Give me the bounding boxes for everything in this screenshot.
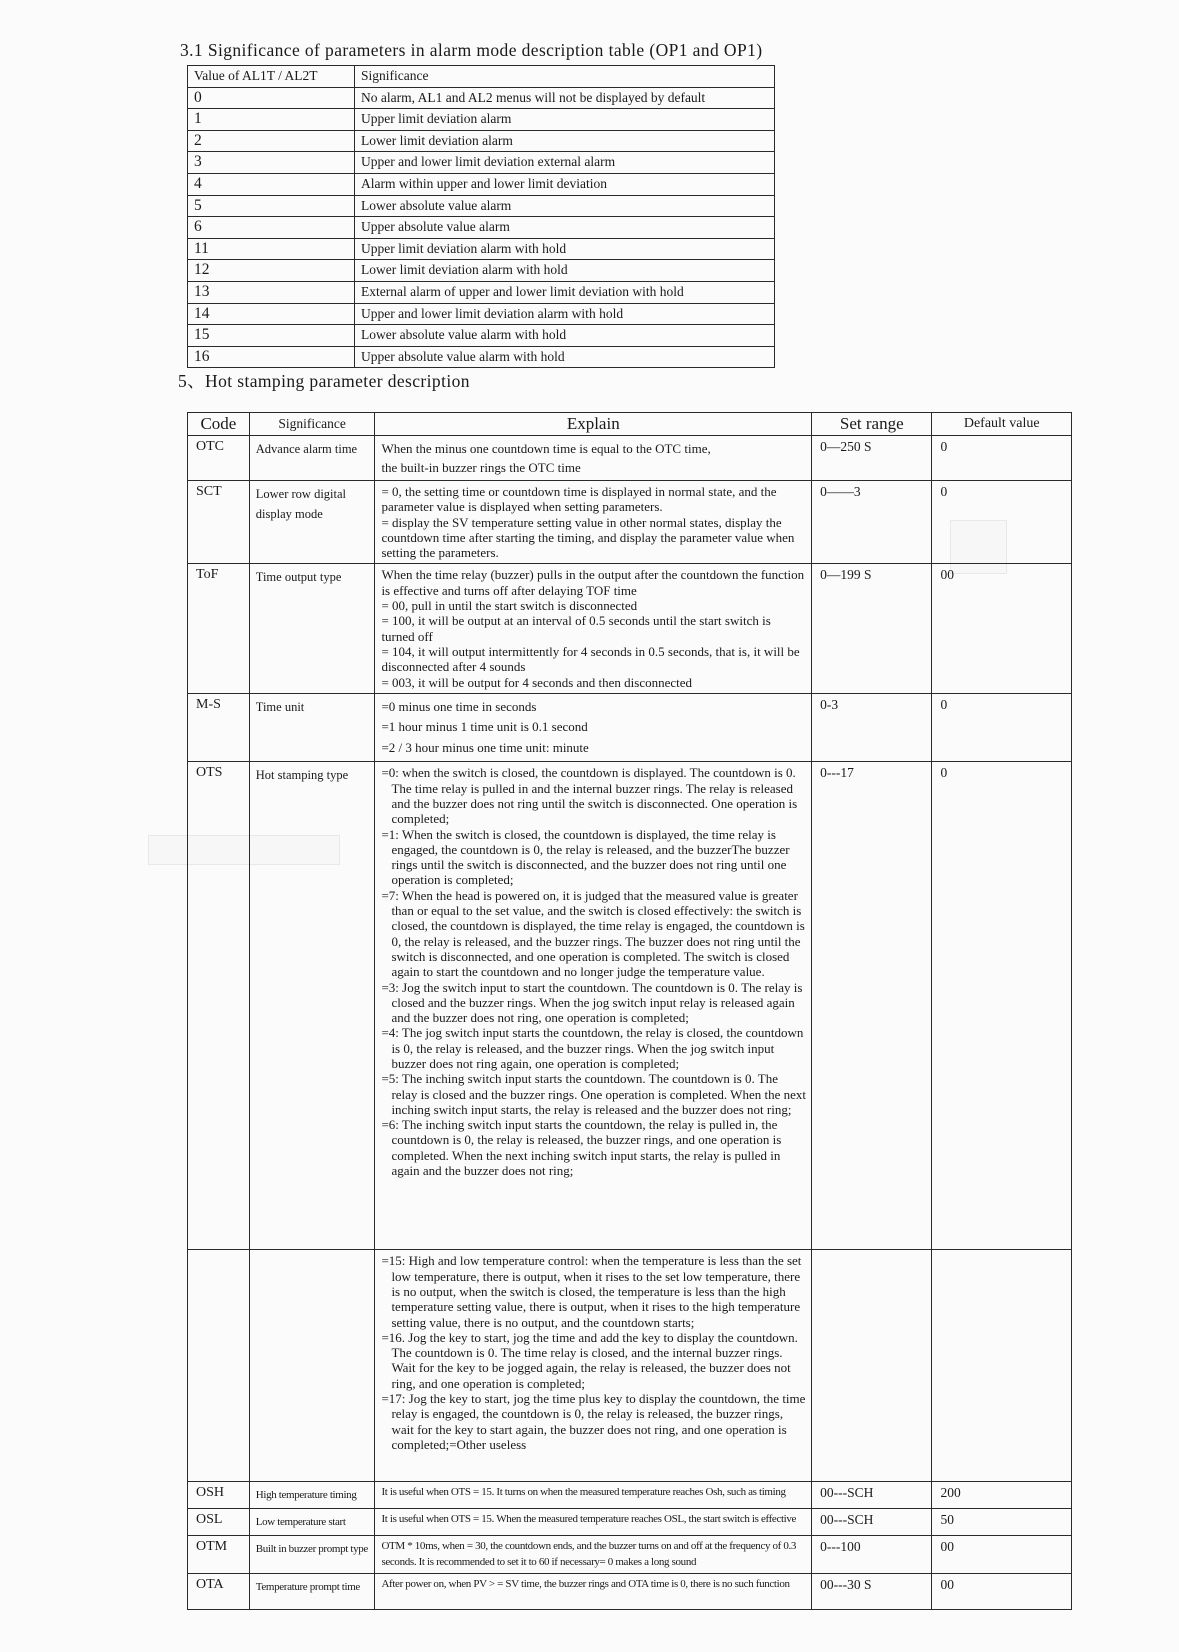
param-significance: Lower row digital display mode — [249, 481, 375, 564]
explain-line: OTM * 10ms, when = 30, the countdown end… — [381, 1539, 806, 1570]
param-significance — [249, 1250, 375, 1482]
table-row: SCTLower row digital display mode= 0, th… — [188, 481, 1072, 564]
param-set-range: 0---17 — [812, 762, 932, 1250]
param-significance: Advance alarm time — [249, 436, 375, 481]
explain-line: =3: Jog the switch input to start the co… — [381, 980, 806, 1026]
param-set-range: 0——3 — [812, 481, 932, 564]
table-row: OTCAdvance alarm timeWhen the minus one … — [188, 436, 1072, 481]
param-default-value: 50 — [932, 1509, 1072, 1536]
explain-line: It is useful when OTS = 15. It turns on … — [381, 1485, 806, 1500]
param-significance: Time unit — [249, 693, 375, 762]
alarm-significance: Lower absolute value alarm with hold — [355, 325, 775, 347]
table-row: 0No alarm, AL1 and AL2 menus will not be… — [188, 87, 775, 109]
explain-line: =2 / 3 hour minus one time unit: minute — [381, 738, 806, 759]
param-significance: Built in buzzer prompt type — [249, 1536, 375, 1574]
param-explain: = 0, the setting time or countdown time … — [375, 481, 812, 564]
alarm-value: 6 — [188, 217, 355, 239]
table-row: OSHHigh temperature timingIt is useful w… — [188, 1482, 1072, 1509]
alarm-value: 5 — [188, 195, 355, 217]
alarm-significance: Upper and lower limit deviation external… — [355, 152, 775, 174]
table-row: 13External alarm of upper and lower limi… — [188, 281, 775, 303]
table-row: 1Upper limit deviation alarm — [188, 109, 775, 131]
param-set-range: 0---100 — [812, 1536, 932, 1574]
param-default-value: 200 — [932, 1482, 1072, 1509]
param-default-value: 00 — [932, 1536, 1072, 1574]
header-code: Code — [188, 413, 250, 436]
param-default-value: 0 — [932, 693, 1072, 762]
param-default-value: 00 — [932, 1573, 1072, 1609]
param-default-value: 0 — [932, 481, 1072, 564]
table-header-row: Value of AL1T / AL2TSignificance — [188, 66, 775, 88]
param-set-range: 00---SCH — [812, 1482, 932, 1509]
explain-line: =1: When the switch is closed, the count… — [381, 827, 806, 888]
explain-line: It is useful when OTS = 15. When the mea… — [381, 1512, 806, 1527]
table-row: 15Lower absolute value alarm with hold — [188, 325, 775, 347]
alarm-significance: Upper limit deviation alarm — [355, 109, 775, 131]
param-code — [188, 1250, 250, 1482]
param-set-range — [812, 1250, 932, 1482]
alarm-value: 0 — [188, 87, 355, 109]
table-row: 12Lower limit deviation alarm with hold — [188, 260, 775, 282]
alarm-value: 4 — [188, 173, 355, 195]
param-code: ToF — [188, 564, 250, 693]
alarm-value: 16 — [188, 346, 355, 368]
table-row: OSLLow temperature startIt is useful whe… — [188, 1509, 1072, 1536]
param-set-range: 0-3 — [812, 693, 932, 762]
table-row: 6Upper absolute value alarm — [188, 217, 775, 239]
param-code: OTM — [188, 1536, 250, 1574]
alarm-significance: Lower limit deviation alarm with hold — [355, 260, 775, 282]
alarm-significance: External alarm of upper and lower limit … — [355, 281, 775, 303]
alarm-significance: Upper and lower limit deviation alarm wi… — [355, 303, 775, 325]
alarm-mode-table: Value of AL1T / AL2TSignificance0No alar… — [187, 65, 775, 368]
alarm-value: 1 — [188, 109, 355, 131]
alarm-significance: No alarm, AL1 and AL2 menus will not be … — [355, 87, 775, 109]
explain-line: =16. Jog the key to start, jog the time … — [381, 1330, 806, 1391]
param-default-value: 0 — [932, 762, 1072, 1250]
explain-line: = 003, it will be output for 4 seconds a… — [381, 675, 806, 690]
param-set-range: 00---30 S — [812, 1573, 932, 1609]
table-row: ToFTime output typeWhen the time relay (… — [188, 564, 1072, 693]
param-set-range: 00---SCH — [812, 1509, 932, 1536]
param-code: OTS — [188, 762, 250, 1250]
alarm-value: 14 — [188, 303, 355, 325]
header-set-range: Set range — [812, 413, 932, 436]
param-significance: High temperature timing — [249, 1482, 375, 1509]
explain-line: the built-in buzzer rings the OTC time — [381, 458, 806, 477]
alarm-value: 11 — [188, 238, 355, 260]
table-row: OTMBuilt in buzzer prompt typeOTM * 10ms… — [188, 1536, 1072, 1574]
param-significance: Time output type — [249, 564, 375, 693]
explain-line: = 100, it will be output at an interval … — [381, 613, 806, 644]
table-row: 14Upper and lower limit deviation alarm … — [188, 303, 775, 325]
explain-line: =17: Jog the key to start, jog the time … — [381, 1391, 806, 1452]
explain-line: =7: When the head is powered on, it is j… — [381, 888, 806, 980]
explain-line: = 00, pull in until the start switch is … — [381, 598, 806, 613]
explain-line: After power on, when PV > = SV time, the… — [381, 1577, 806, 1592]
table-row: 5Lower absolute value alarm — [188, 195, 775, 217]
explain-line: =4: The jog switch input starts the coun… — [381, 1025, 806, 1071]
alarm-significance: Upper absolute value alarm with hold — [355, 346, 775, 368]
alarm-significance: Upper limit deviation alarm with hold — [355, 238, 775, 260]
explain-line: = 0, the setting time or countdown time … — [381, 484, 806, 515]
table-row: 11Upper limit deviation alarm with hold — [188, 238, 775, 260]
header-explain: Explain — [375, 413, 812, 436]
table-header-row: Code Significance Explain Set range Defa… — [188, 413, 1072, 436]
explain-line: =6: The inching switch input starts the … — [381, 1117, 806, 1178]
param-explain: When the minus one countdown time is equ… — [375, 436, 812, 481]
param-code: SCT — [188, 481, 250, 564]
table-row: OTATemperature prompt timeAfter power on… — [188, 1573, 1072, 1609]
explain-line: = 104, it will output intermittently for… — [381, 644, 806, 675]
explain-line: When the minus one countdown time is equ… — [381, 439, 806, 458]
alarm-value: 3 — [188, 152, 355, 174]
table-row: 3Upper and lower limit deviation externa… — [188, 152, 775, 174]
param-significance: Hot stamping type — [249, 762, 375, 1250]
header-default-value: Default value — [932, 413, 1072, 436]
alarm-value: 15 — [188, 325, 355, 347]
param-significance: Temperature prompt time — [249, 1573, 375, 1609]
alarm-significance: Upper absolute value alarm — [355, 217, 775, 239]
explain-line: =0 minus one time in seconds — [381, 697, 806, 718]
alarm-value: 13 — [188, 281, 355, 303]
alarm-significance: Alarm within upper and lower limit devia… — [355, 173, 775, 195]
param-explain: =0 minus one time in seconds=1 hour minu… — [375, 693, 812, 762]
param-explain: OTM * 10ms, when = 30, the countdown end… — [375, 1536, 812, 1574]
header-value: Value of AL1T / AL2T — [188, 66, 355, 88]
alarm-significance: Lower limit deviation alarm — [355, 130, 775, 152]
alarm-significance: Lower absolute value alarm — [355, 195, 775, 217]
param-significance: Low temperature start — [249, 1509, 375, 1536]
alarm-value: 12 — [188, 260, 355, 282]
param-code: OTC — [188, 436, 250, 481]
table-row: 4Alarm within upper and lower limit devi… — [188, 173, 775, 195]
table-row: 2Lower limit deviation alarm — [188, 130, 775, 152]
alarm-value: 2 — [188, 130, 355, 152]
hot-stamping-table: Code Significance Explain Set range Defa… — [187, 412, 1072, 1610]
param-set-range: 0—199 S — [812, 564, 932, 693]
param-default-value — [932, 1250, 1072, 1482]
param-explain: =0: when the switch is closed, the count… — [375, 762, 812, 1250]
document-page: 3.1 Significance of parameters in alarm … — [0, 0, 1179, 1652]
table-row: OTSHot stamping type=0: when the switch … — [188, 762, 1072, 1250]
table-row: 16Upper absolute value alarm with hold — [188, 346, 775, 368]
section-title-hot-stamping: 5、Hot stamping parameter description — [178, 368, 470, 393]
table-row: M-STime unit=0 minus one time in seconds… — [188, 693, 1072, 762]
header-significance: Significance — [249, 413, 375, 436]
param-code: M-S — [188, 693, 250, 762]
param-explain: When the time relay (buzzer) pulls in th… — [375, 564, 812, 693]
param-explain: =15: High and low temperature control: w… — [375, 1250, 812, 1482]
param-default-value: 00 — [932, 564, 1072, 693]
explain-line: = display the SV temperature setting val… — [381, 515, 806, 561]
param-explain: It is useful when OTS = 15. It turns on … — [375, 1482, 812, 1509]
param-default-value: 0 — [932, 436, 1072, 481]
param-set-range: 0—250 S — [812, 436, 932, 481]
explain-line: =1 hour minus 1 time unit is 0.1 second — [381, 717, 806, 738]
header-significance: Significance — [355, 66, 775, 88]
table-row: =15: High and low temperature control: w… — [188, 1250, 1072, 1482]
section-title-alarm-mode: 3.1 Significance of parameters in alarm … — [180, 40, 762, 61]
param-code: OTA — [188, 1573, 250, 1609]
explain-line: =0: when the switch is closed, the count… — [381, 765, 806, 826]
param-code: OSL — [188, 1509, 250, 1536]
param-explain: After power on, when PV > = SV time, the… — [375, 1573, 812, 1609]
explain-line: =5: The inching switch input starts the … — [381, 1071, 806, 1117]
explain-line: When the time relay (buzzer) pulls in th… — [381, 567, 806, 598]
param-explain: It is useful when OTS = 15. When the mea… — [375, 1509, 812, 1536]
explain-line: =15: High and low temperature control: w… — [381, 1253, 806, 1329]
param-code: OSH — [188, 1482, 250, 1509]
